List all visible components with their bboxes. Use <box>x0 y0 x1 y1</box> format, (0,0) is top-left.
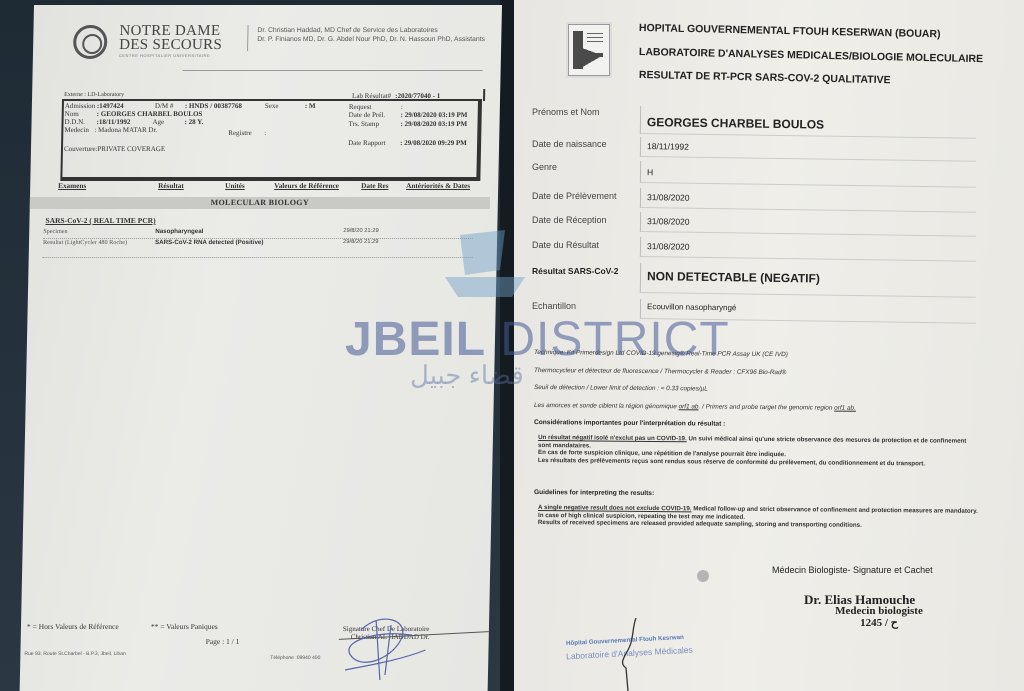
en-line3: Results of received specimens are releas… <box>538 519 862 529</box>
age-value: : 28 Y. <box>184 118 203 126</box>
result-date: 29/8/20 21:29 <box>343 239 379 245</box>
legend-valeurs-paniques: ** = Valeurs Paniques <box>151 622 218 631</box>
paper-mark <box>697 570 709 582</box>
request-label: Request <box>349 103 372 111</box>
admission-row: Admission :1497424 D/M # : HNDS / 003877… <box>65 102 96 110</box>
signature-stroke-icon <box>614 618 644 691</box>
fr-line3: Les résultats des prélèvements reçus son… <box>538 457 925 467</box>
col-examens: Examens <box>58 182 86 190</box>
en-guidelines-title: Guidelines for interpreting the results: <box>534 489 654 497</box>
fr-considerations-title: Considérations importantes pour l'interp… <box>534 419 725 428</box>
primers-line: Les amorces et sonde ciblent la région g… <box>534 402 856 412</box>
field-value-genre: H <box>640 161 976 188</box>
field-label-genre: Genre <box>532 162 557 172</box>
field-value-dob: 18/11/1992 <box>640 137 976 162</box>
date-prel-label: Date de Prél. <box>349 111 386 119</box>
medecin-value: : Madona MATAR Dr. <box>94 126 157 134</box>
date-rapport-value: : 29/08/2020 09:29 PM <box>400 139 467 147</box>
ddn-label: D.D.N. <box>64 118 85 126</box>
title-laboratory: LABORATOIRE D'ANALYSES MEDICALES/BIOLOGI… <box>639 46 983 65</box>
watermark-arabic: قضاء جبيل <box>410 360 524 391</box>
result-label: Specimen <box>43 228 68 235</box>
header-staff: Dr. Christian Haddad, MD Chef de Service… <box>257 26 485 44</box>
field-label-collection-date: Date de Prélèvement <box>532 191 617 201</box>
sexe-label: Sexe <box>265 102 279 110</box>
sexe-value: : M <box>305 102 316 110</box>
field-label-reception-date: Date de Réception <box>532 215 607 225</box>
col-date-res: Date Res <box>361 182 389 190</box>
fr-considerations-text: Un résultat négatif isolé n'exclut pas u… <box>538 434 978 468</box>
hospital-logo-icon <box>568 24 610 76</box>
ddn-value: :18/11/1992 <box>96 118 130 126</box>
dm-label: D/M # <box>155 102 174 110</box>
date-prel-value: : 29/08/2020 03:19 PM <box>401 111 468 119</box>
primers-text-a: Les amorces et sonde ciblent la région g… <box>534 402 679 410</box>
result-row: Specimen Nasopharyngeal 29/8/20 21:29 <box>43 228 473 239</box>
result-value: Nasopharyngeal <box>155 228 203 235</box>
medecin-label: Medecin <box>64 126 89 134</box>
date-rapport-row: Date Rapport : 29/08/2020 09:29 PM <box>348 139 386 147</box>
dm-value: : HNDS / 00387768 <box>185 102 242 110</box>
field-label-sars-result: Résultat SARS-CoV-2 <box>532 266 618 276</box>
col-anteriorites: Antériorités & Dates <box>406 182 470 190</box>
patient-info-box: Admission :1497424 D/M # : HNDS / 003877… <box>60 99 482 181</box>
lab-result-tick <box>483 89 485 101</box>
signature-caption: Médecin Biologiste- Signature et Cachet <box>772 565 933 575</box>
trs-stamp-row: Trs. Stamp : 29/08/2020 03:19 PM <box>348 120 379 128</box>
header-divider <box>247 25 249 51</box>
legend-hors-valeurs: * = Hors Valeurs de Référence <box>27 622 119 631</box>
doctor-stamp: Medecin biologiste 1245 / ح <box>824 605 934 629</box>
ship-watermark-icon <box>440 215 530 305</box>
result-date: 29/8/20 21:29 <box>343 228 379 234</box>
medecin-row: Medecin : Madona MATAR Dr. Registre : <box>64 126 89 134</box>
request-row: Request : <box>349 103 372 111</box>
thermocycler-line: Thermocycleur et détecteur de fluorescen… <box>534 367 786 376</box>
staff-line1: Dr. Christian Haddad, MD Chef de Service… <box>257 26 485 35</box>
title-result-type: RESULTAT DE RT-PCR SARS-COV-2 QUALITATIV… <box>639 69 891 86</box>
trs-stamp-label: Trs. Stamp <box>348 120 379 128</box>
request-value: : <box>401 103 403 111</box>
field-value-result-date: 31/08/2020 <box>640 237 976 262</box>
nom-row: Nom : GEORGES CHARBEL BOULOS <box>65 110 79 118</box>
page-number: Page : 1 / 1 <box>206 637 240 646</box>
field-value-sars-result: NON DETECTABLE (NEGATIF) <box>640 263 976 298</box>
watermark-bold: JBEIL <box>345 313 486 366</box>
header-rule <box>183 70 483 71</box>
section-molecular-biology: MOLECULAR BIOLOGY <box>30 197 490 209</box>
staff-line2: Dr. P. Finianos MD, Dr. G. Abdel Nour Ph… <box>257 35 485 44</box>
nom-value: : GEORGES CHARBEL BOULOS <box>97 110 203 118</box>
watermark-light: DISTRICT <box>486 313 730 366</box>
field-label-dob: Date de naissance <box>532 139 607 149</box>
hospital-name: NOTRE DAME DES SECOURS <box>119 24 223 52</box>
date-rapport-label: Date Rapport <box>348 139 386 147</box>
col-unites: Unités <box>225 182 245 190</box>
primers-gene: orf1 ab <box>679 403 699 410</box>
jbeil-district-watermark: JBEIL DISTRICT <box>345 312 730 367</box>
doctor-title: Medecin biologiste <box>824 605 934 617</box>
telephone: Téléphone :09940 400 <box>270 655 320 661</box>
registre-label: Registre <box>228 129 251 137</box>
hospital-name-line1: NOTRE DAME <box>119 24 222 38</box>
col-valeurs-reference: Valeurs de Référence <box>274 182 339 190</box>
hospital-name-line2: DES SECOURS <box>119 38 222 52</box>
en-guidelines-text: A single negative result does not exclud… <box>538 504 978 531</box>
test-title: SARS-CoV-2 ( REAL TIME PCR) <box>45 216 155 225</box>
admission-value: :1497424 <box>97 102 124 110</box>
signature-scribble-icon <box>340 610 431 680</box>
notre-dame-logo-icon <box>73 25 108 59</box>
result-value: SARS-CoV-2 RNA detected (Positive) <box>155 239 264 246</box>
result-label: Resultat (LightCycler 480 Roche) <box>43 239 143 246</box>
primers-text-b: . / Primers and probe target the genomic… <box>698 403 834 411</box>
registre-value: : <box>264 129 266 137</box>
field-label-name: Prénoms et Nom <box>532 107 600 117</box>
address: Rue 93, Route St.Charbel - B.P.3, Jbeil,… <box>24 651 125 657</box>
detection-limit-line: Seuil de détection / Lower limit of dete… <box>534 384 708 393</box>
field-label-sample: Echantillon <box>532 301 576 311</box>
col-resultat: Résultat <box>158 182 184 190</box>
field-label-result-date: Date du Résultat <box>532 240 599 250</box>
title-hospital: HOPITAL GOUVERNEMENTAL FTOUH KESERWAN (B… <box>639 22 941 40</box>
couverture: Couverture:PRIVATE COVERAGE <box>64 145 165 153</box>
ddn-row: D.D.N. :18/11/1992 Age : 28 Y. <box>64 118 85 126</box>
date-prel-row: Date de Prél. : 29/08/2020 03:19 PM <box>349 111 386 119</box>
externe-label: Externe : LD-Laboratory <box>64 92 124 98</box>
hospital-subtitle: CENTRE HOSPITALIER UNIVERSITAIRE <box>119 53 210 58</box>
admission-label: Admission <box>65 102 96 110</box>
nom-label: Nom <box>65 110 79 118</box>
doctor-number: 1245 / ح <box>824 617 934 629</box>
field-value-collection-date: 31/08/2020 <box>640 188 976 213</box>
primers-gene-2: orf1 ab. <box>834 405 856 412</box>
field-value-reception-date: 31/08/2020 <box>640 212 976 237</box>
result-row: Resultat (LightCycler 480 Roche) SARS-Co… <box>43 239 473 258</box>
trs-stamp-value: : 29/08/2020 03:19 PM <box>400 120 467 128</box>
field-value-name: GEORGES CHARBEL BOULOS <box>640 106 976 139</box>
age-label: Age <box>152 118 164 126</box>
